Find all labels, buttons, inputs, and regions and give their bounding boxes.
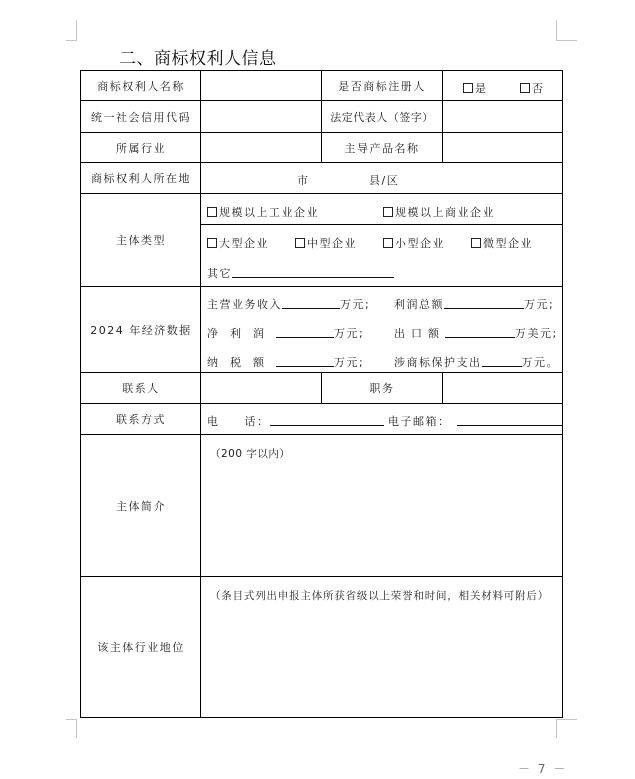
legal-rep-field[interactable] bbox=[444, 102, 562, 132]
economics-label: 2024 年经济数据 bbox=[81, 287, 201, 372]
total-profit-input-line[interactable] bbox=[444, 298, 524, 309]
checkbox-icon[interactable] bbox=[471, 238, 481, 248]
registrant-yes-label: 是 bbox=[475, 82, 488, 95]
checkbox-icon[interactable] bbox=[383, 207, 393, 217]
other-input-line[interactable] bbox=[232, 267, 394, 278]
owner-name-label: 商标权利人名称 bbox=[81, 71, 201, 101]
column-divider bbox=[442, 372, 443, 403]
net-profit-input-line[interactable] bbox=[276, 327, 334, 338]
econ-tm-protection: 涉商标保护支出万元。 bbox=[394, 354, 559, 370]
contact-label: 联系人 bbox=[81, 373, 201, 403]
checkbox-icon[interactable] bbox=[207, 207, 217, 217]
type-option-medium[interactable]: 中型企业 bbox=[295, 235, 357, 251]
phone-label: 电 话： bbox=[207, 415, 270, 428]
intro-field[interactable]: （200 字以内） bbox=[202, 435, 562, 576]
revenue-input-line[interactable] bbox=[282, 298, 340, 309]
contact-field[interactable] bbox=[202, 373, 321, 403]
registrant-no-option[interactable]: 否 bbox=[520, 80, 545, 96]
is-registrant-label: 是否商标注册人 bbox=[322, 71, 442, 101]
export-input-line[interactable] bbox=[445, 327, 515, 338]
main-product-label: 主导产品名称 bbox=[322, 133, 442, 162]
intro-label: 主体简介 bbox=[81, 435, 201, 576]
legal-rep-label: 法定代表人（签字） bbox=[322, 102, 442, 132]
industry-field[interactable] bbox=[202, 133, 321, 162]
location-label: 商标权利人所在地 bbox=[81, 163, 201, 193]
row-divider bbox=[201, 224, 562, 225]
type-option-micro[interactable]: 微型企业 bbox=[471, 235, 533, 251]
econ-tax: 纳税额万元; bbox=[207, 354, 364, 370]
checkbox-icon[interactable] bbox=[295, 238, 305, 248]
page-corner-mark-top-left bbox=[66, 20, 77, 41]
industry-status-hint: （条目式列出申报主体所获省级以上荣誉和时间，相关材料可附后） bbox=[210, 588, 549, 603]
intro-hint: （200 字以内） bbox=[210, 446, 290, 461]
city-suffix: 市 bbox=[297, 172, 310, 188]
type-option-commercial[interactable]: 规模以上商业企业 bbox=[383, 204, 495, 220]
owner-info-table: 商标权利人名称 是否商标注册人 是 否 统一社会信用代码 法定代表人（签字） 所… bbox=[80, 70, 563, 718]
tm-protection-input-line[interactable] bbox=[482, 356, 522, 367]
page-number: － 7 － bbox=[518, 760, 567, 777]
section-title: 二、商标权利人信息 bbox=[119, 44, 277, 69]
entity-type-label: 主体类型 bbox=[81, 194, 201, 286]
email-field-group: 电子邮箱： bbox=[388, 413, 563, 429]
checkbox-icon[interactable] bbox=[207, 238, 217, 248]
industry-status-field[interactable]: （条目式列出申报主体所获省级以上荣誉和时间，相关材料可附后） bbox=[202, 577, 562, 717]
checkbox-icon[interactable] bbox=[520, 83, 530, 93]
phone-field-group: 电 话： bbox=[207, 413, 384, 429]
credit-code-label: 统一社会信用代码 bbox=[81, 102, 201, 132]
tax-input-line[interactable] bbox=[276, 356, 334, 367]
type-option-small[interactable]: 小型企业 bbox=[383, 235, 445, 251]
county-suffix: 县/区 bbox=[369, 172, 399, 188]
checkbox-icon[interactable] bbox=[463, 83, 473, 93]
type-option-other: 其它 bbox=[207, 265, 394, 281]
econ-net-profit: 净利润万元; bbox=[207, 325, 364, 341]
type-option-large[interactable]: 大型企业 bbox=[207, 235, 269, 251]
econ-export: 出口额万美元; bbox=[394, 325, 558, 341]
credit-code-field[interactable] bbox=[202, 102, 321, 132]
econ-revenue: 主营业务收入万元; bbox=[207, 296, 370, 312]
econ-total-profit: 利润总额万元; bbox=[394, 296, 554, 312]
column-divider bbox=[442, 71, 443, 162]
owner-name-field[interactable] bbox=[202, 71, 321, 101]
page-corner-mark-bottom-left bbox=[66, 719, 77, 738]
email-label: 电子邮箱： bbox=[388, 415, 451, 428]
email-input-line[interactable] bbox=[457, 415, 563, 426]
contact-method-label: 联系方式 bbox=[81, 404, 201, 434]
phone-input-line[interactable] bbox=[270, 415, 384, 426]
type-option-industrial[interactable]: 规模以上工业企业 bbox=[207, 204, 319, 220]
industry-label: 所属行业 bbox=[81, 133, 201, 162]
registrant-yes-option[interactable]: 是 bbox=[463, 80, 488, 96]
other-label: 其它 bbox=[207, 267, 232, 280]
position-label: 职务 bbox=[322, 373, 442, 403]
registrant-no-label: 否 bbox=[532, 82, 545, 95]
page-corner-mark-top-right bbox=[556, 20, 577, 41]
position-field[interactable] bbox=[444, 373, 562, 403]
main-product-field[interactable] bbox=[444, 133, 562, 162]
page-corner-mark-bottom-right bbox=[556, 719, 577, 738]
industry-status-label: 该主体行业地位 bbox=[81, 577, 201, 717]
checkbox-icon[interactable] bbox=[383, 238, 393, 248]
